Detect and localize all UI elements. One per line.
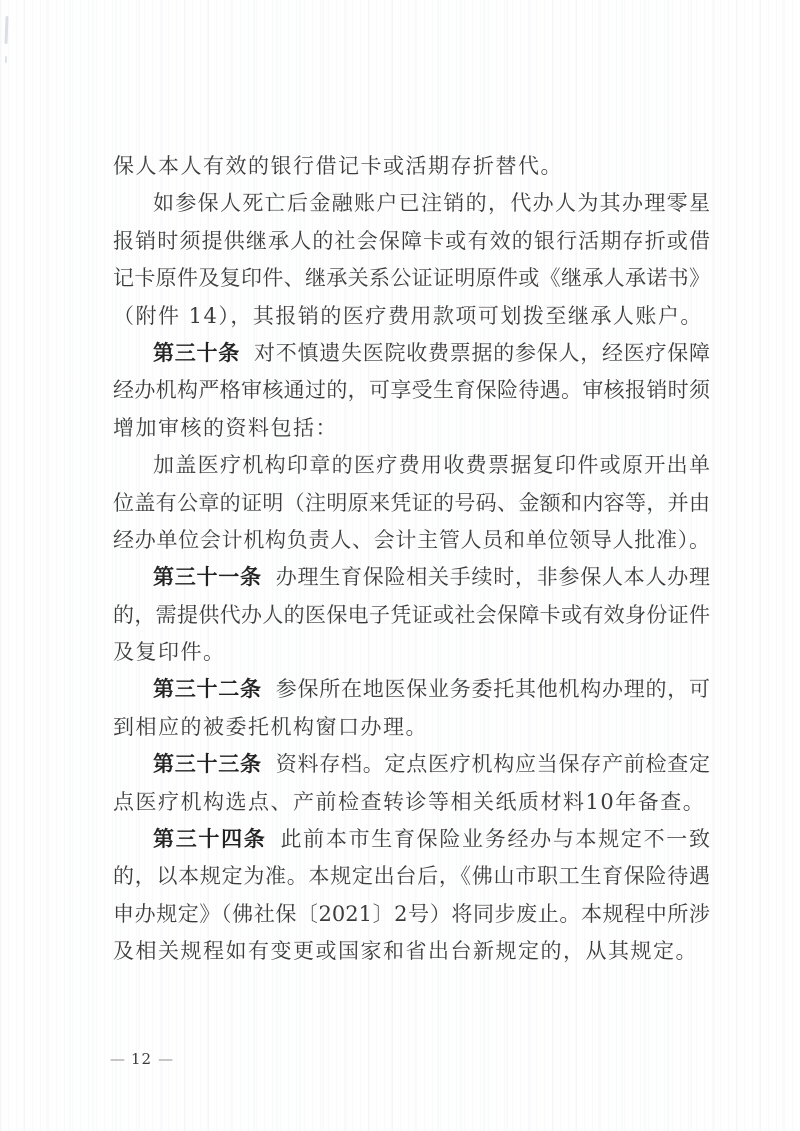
line-text: 增加审核的资料包括： xyxy=(113,416,338,440)
text-line: 记卡原件及复印件、继承关系公证证明原件或《继承人承诺书》 xyxy=(113,260,710,297)
article-number: 第三十条 xyxy=(153,341,240,365)
line-text: 办理生育保险相关手续时，非参保人本人办理 xyxy=(276,565,710,589)
text-line: 申办规定》（佛社保〔2021〕2号）将同步废止。本规程中所涉 xyxy=(113,896,710,933)
document-page: 保人本人有效的银行借记卡或活期存折替代。 如参保人死亡后金融账户已注销的，代办人… xyxy=(0,0,800,1131)
line-text: 经办机构严格审核通过的，可享受生育保险待遇。审核报销时须 xyxy=(113,378,710,402)
line-text: 保人本人有效的银行借记卡或活期存折替代。 xyxy=(113,154,563,178)
line-text: 及相关规程如有变更或国家和省出台新规定的，从其规定。 xyxy=(113,939,698,963)
line-text: 点医疗机构选点、产前检查转诊等相关纸质材料10年备查。 xyxy=(113,790,705,814)
text-line: 到相应的被委托机构窗口办理。 xyxy=(113,709,710,746)
text-line: 保人本人有效的银行借记卡或活期存折替代。 xyxy=(113,148,710,185)
scan-speck xyxy=(5,56,7,63)
article-number: 第三十四条 xyxy=(153,827,266,851)
text-line: 加盖医疗机构印章的医疗费用收费票据复印件或原开出单 xyxy=(113,447,710,484)
text-line: （附件 14），其报销的医疗费用款项可划拨至继承人账户。 xyxy=(113,298,710,335)
line-text: 记卡原件及复印件、继承关系公证证明原件或《继承人承诺书》 xyxy=(113,266,710,290)
line-text: 报销时须提供继承人的社会保障卡或有效的银行活期存折或借 xyxy=(113,229,710,253)
footer-dash-right: — xyxy=(158,1050,173,1068)
line-text: 参保所在地医保业务委托其他机构办理的，可 xyxy=(276,677,710,701)
line-text: 位盖有公章的证明（注明原来凭证的号码、金额和内容等，并由 xyxy=(113,491,710,515)
text-line: 的，需提供代办人的医保电子凭证或社会保障卡或有效身份证件 xyxy=(113,597,710,634)
text-line: 经办机构严格审核通过的，可享受生育保险待遇。审核报销时须 xyxy=(113,372,710,409)
line-text: 此前本市生育保险业务经办与本规定不一致 xyxy=(280,827,710,851)
line-text: 及复印件。 xyxy=(113,640,226,664)
line-text: 申办规定》（佛社保〔2021〕2号）将同步废止。本规程中所涉 xyxy=(113,902,710,926)
text-line article-30: 第三十条对不慎遗失医院收费票据的参保人，经医疗保障 xyxy=(113,335,710,372)
text-line: 报销时须提供继承人的社会保障卡或有效的银行活期存折或借 xyxy=(113,223,710,260)
footer-dash-left: — xyxy=(110,1050,125,1068)
line-text: 的，以本规定为准。本规定出台后，《佛山市职工生育保险待遇 xyxy=(113,864,710,888)
text-line: 如参保人死亡后金融账户已注销的，代办人为其办理零星 xyxy=(113,185,710,222)
line-text: 加盖医疗机构印章的医疗费用收费票据复印件或原开出单 xyxy=(153,453,710,477)
line-text: 对不慎遗失医院收费票据的参保人，经医疗保障 xyxy=(254,341,710,365)
article-number: 第三十一条 xyxy=(153,565,262,589)
text-line: 位盖有公章的证明（注明原来凭证的号码、金额和内容等，并由 xyxy=(113,485,710,522)
text-line article-34: 第三十四条此前本市生育保险业务经办与本规定不一致 xyxy=(113,821,710,858)
text-line: 及复印件。 xyxy=(113,634,710,671)
text-line article-32: 第三十二条参保所在地医保业务委托其他机构办理的，可 xyxy=(113,671,710,708)
text-line article-33: 第三十三条资料存档。定点医疗机构应当保存产前检查定 xyxy=(113,746,710,783)
text-line: 及相关规程如有变更或国家和省出台新规定的，从其规定。 xyxy=(113,933,710,970)
text-line: 经办单位会计机构负责人、会计主管人员和单位领导人批准）。 xyxy=(113,522,710,559)
text-line: 增加审核的资料包括： xyxy=(113,410,710,447)
article-number: 第三十三条 xyxy=(153,752,262,776)
line-text: 经办单位会计机构负责人、会计主管人员和单位领导人批准）。 xyxy=(113,528,710,552)
line-text: （附件 14），其报销的医疗费用款项可划拨至继承人账户。 xyxy=(113,304,703,328)
article-number: 第三十二条 xyxy=(153,677,262,701)
line-text: 的，需提供代办人的医保电子凭证或社会保障卡或有效身份证件 xyxy=(113,603,710,627)
line-text: 如参保人死亡后金融账户已注销的，代办人为其办理零星 xyxy=(153,191,710,215)
text-line article-31: 第三十一条办理生育保险相关手续时，非参保人本人办理 xyxy=(113,559,710,596)
text-line: 点医疗机构选点、产前检查转诊等相关纸质材料10年备查。 xyxy=(113,784,710,821)
footer-page-number: 12 xyxy=(131,1050,152,1068)
scan-speck xyxy=(5,16,9,44)
document-body: 保人本人有效的银行借记卡或活期存折替代。 如参保人死亡后金融账户已注销的，代办人… xyxy=(113,148,710,971)
line-text: 到相应的被委托机构窗口办理。 xyxy=(113,715,428,739)
page-number: —12— xyxy=(110,1051,173,1067)
text-line: 的，以本规定为准。本规定出台后，《佛山市职工生育保险待遇 xyxy=(113,858,710,895)
line-text: 资料存档。定点医疗机构应当保存产前检查定 xyxy=(276,752,710,776)
